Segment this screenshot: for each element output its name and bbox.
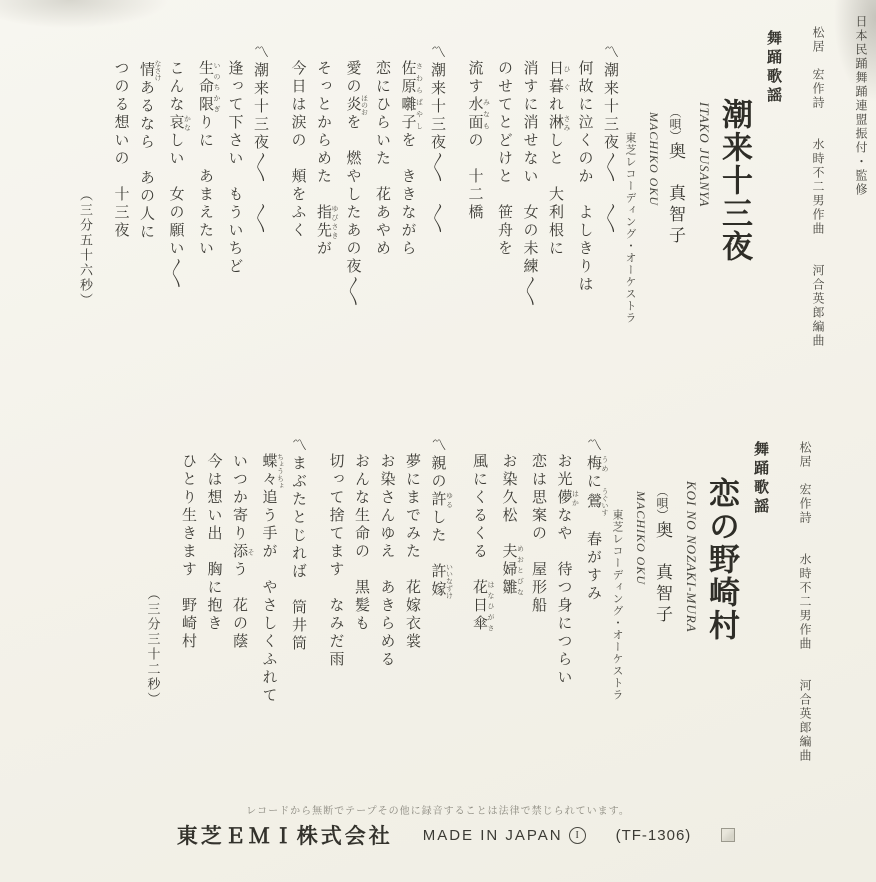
- lyric-line: 情なさけあるなら あの人に: [133, 10, 163, 412]
- lyric-line: 愛の炎ほのおを 燃やしたあの夜〱: [339, 10, 369, 412]
- lyric-line: つのる想いの 十三夜: [107, 10, 133, 412]
- verse: 〽潮来十三夜〱 〱佐原囃子さわらばやしを ききながら恋にひらいた 花あやめ愛の炎…: [284, 10, 449, 412]
- lyric-line: そっとからめた 指先ゆびさきが: [310, 10, 340, 412]
- genre-label: 舞踊歌謡: [763, 10, 784, 412]
- song-section-itako-jusanya: 日本民踊舞踊連盟振付・監修 松居 宏作詩 水時不二男作曲 河合英郎編曲 舞踊歌謡…: [68, 10, 870, 412]
- verse: 〽親の許ゆるした 許嫁いいなずけ夢にまでみた 花嫁衣裳お染さんゆえ あきらめるお…: [322, 425, 454, 817]
- singer-text: 奥 真智子: [653, 521, 672, 626]
- lyric-line: お染さんゆえ あきらめる: [373, 425, 399, 817]
- lyric-line: 切って捨てます なみだ雨: [322, 425, 348, 817]
- publisher-row: 東芝ＥＭＩ株式会社 MADE IN JAPAN I (TF-1306): [18, 820, 876, 850]
- lyric-line: 恋は思案の 屋形船: [525, 425, 551, 817]
- lyric-line: 恋にひらいた 花あやめ: [369, 10, 395, 412]
- singer-name: （唄）奥 真智子: [663, 10, 688, 412]
- vocal-label: （唄）: [668, 106, 682, 142]
- song-title: 恋の野崎村: [699, 425, 744, 817]
- singer-name: （唄）奥 真智子: [650, 425, 675, 817]
- lyric-line: 〽梅うめに鶯うぐいす 春がすみ: [580, 425, 610, 817]
- lyric-line: 〽親の許ゆるした 許嫁いいなずけ: [424, 425, 454, 817]
- lyric-line: 流す水面みなもの 十二橋: [461, 10, 491, 412]
- duration-label: （三分三十二秒）: [144, 425, 163, 817]
- lyric-line: お染久松 夫婦雛めおとびな: [495, 425, 525, 817]
- lyric-line: のせてとどけと 笹舟を: [491, 10, 517, 412]
- orchestra-credit: 東芝レコーディング・オーケストラ: [622, 10, 638, 412]
- lyric-line: いつか寄り添そう 花の蔭: [226, 425, 256, 817]
- record-sleeve-back: 日本民踊舞踊連盟振付・監修 松居 宏作詩 水時不二男作曲 河合英郎編曲 舞踊歌謡…: [0, 0, 876, 882]
- lyric-line: 〽潮来十三夜〱 〱: [247, 10, 273, 412]
- genre-label: 舞踊歌謡: [750, 425, 771, 817]
- singer-text: 奥 真智子: [666, 142, 685, 247]
- lyric-line: お光儚はかなや 待つ身につらい: [550, 425, 580, 817]
- orchestra-credit: 東芝レコーディング・オーケストラ: [609, 425, 625, 817]
- lyric-line: 〽潮来十三夜〱 〱: [597, 10, 623, 412]
- writer-credits: 松居 宏作詩 水時不二男作曲 河合英郎編曲: [810, 10, 827, 412]
- boxed-symbol-icon: [721, 828, 735, 842]
- song-title-romaji: KOI NO NOZAKI-MURA: [683, 425, 699, 817]
- made-in-japan-label: MADE IN JAPAN I: [423, 827, 586, 844]
- verse: 〽潮来十三夜〱 〱何故に泣くのか よしきりは日暮ひぐれ淋さみしと 大利根に消すに…: [461, 10, 622, 412]
- lyric-line: 蝶々ちょうちょ追う手が やさしくふれて: [255, 425, 285, 817]
- lyric-line: 〽潮来十三夜〱 〱: [424, 10, 450, 412]
- lyric-line: 今日は涙の 頬をふく: [284, 10, 310, 412]
- lyrics-block: 〽梅うめに鶯うぐいす 春がすみお光儚はかなや 待つ身につらい恋は思案の 屋形船お…: [175, 425, 610, 817]
- lyric-line: 佐原囃子さわらばやしを ききながら: [394, 10, 424, 412]
- catalog-number: (TF-1306): [616, 827, 692, 844]
- lyric-line: 夢にまでみた 花嫁衣裳: [399, 425, 425, 817]
- lyric-line: 今は想い出 胸に抱き: [200, 425, 226, 817]
- verse: 〽まぶたとじれば 筒井筒蝶々ちょうちょ追う手が やさしくふれていつか寄り添そう …: [175, 425, 311, 817]
- supervision-credit: 日本民踊舞踊連盟振付・監修: [853, 10, 870, 412]
- verse: 〽潮来十三夜〱 〱逢って下さい もういちど生命限いのちかぎりに あまえたいこんな…: [107, 10, 272, 412]
- writer-credits: 松居 宏作詩 水時不二男作曲 河合英郎編曲: [797, 425, 814, 817]
- verse: 〽梅うめに鶯うぐいす 春がすみお光儚はかなや 待つ身につらい恋は思案の 屋形船お…: [466, 425, 610, 817]
- song-title: 潮来十三夜: [712, 10, 757, 412]
- copy-warning-notice: レコードから無断でテープその他に録音することは法律で禁じられています。: [0, 802, 876, 817]
- circled-I-mark-icon: I: [569, 827, 586, 844]
- lyric-line: 風にくるくる 花日傘はなひがさ: [466, 425, 496, 817]
- lyric-line: 生命限いのちかぎりに あまえたい: [192, 10, 222, 412]
- lyric-line: 消すに消せない 女の未練〱: [516, 10, 542, 412]
- song-title-romaji: ITAKO JUSANYA: [696, 10, 712, 412]
- lyric-line: ひとり生きます 野崎村: [175, 425, 201, 817]
- lyrics-block: 〽潮来十三夜〱 〱何故に泣くのか よしきりは日暮ひぐれ淋さみしと 大利根に消すに…: [107, 10, 622, 412]
- lyric-line: 何故に泣くのか よしきりは: [571, 10, 597, 412]
- lyric-line: 逢って下さい もういちど: [221, 10, 247, 412]
- singer-romaji: MACHIKO OKU: [646, 10, 661, 412]
- duration-label: （三分五十六秒）: [76, 10, 95, 412]
- lyric-line: 〽まぶたとじれば 筒井筒: [285, 425, 311, 817]
- song-section-koi-no-nozaki-mura: 松居 宏作詩 水時不二男作曲 河合英郎編曲 舞踊歌謡 恋の野崎村 KOI NO …: [136, 425, 815, 817]
- lyric-line: 日暮ひぐれ淋さみしと 大利根に: [542, 10, 572, 412]
- singer-romaji: MACHIKO OKU: [633, 425, 648, 817]
- lyric-line: おんな生命の 黒髪も: [348, 425, 374, 817]
- lyric-line: こんな哀かなしい 女の願い〱: [162, 10, 192, 412]
- made-in-text: MADE IN JAPAN: [423, 827, 563, 844]
- company-name: 東芝ＥＭＩ株式会社: [177, 820, 393, 850]
- vocal-label: （唄）: [655, 485, 669, 521]
